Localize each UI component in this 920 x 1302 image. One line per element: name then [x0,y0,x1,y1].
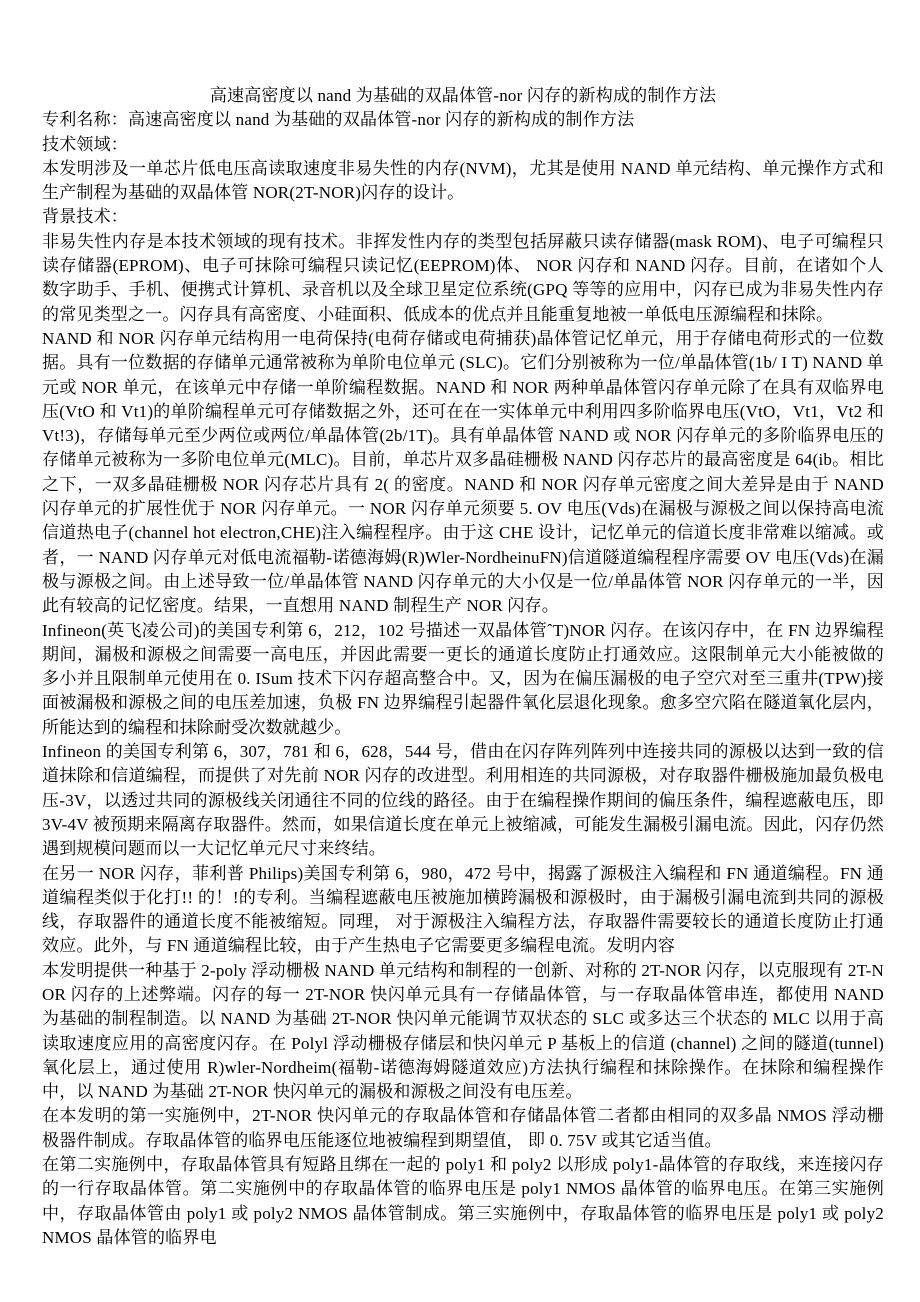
paragraph: 本发明涉及一单芯片低电压高读取速度非易失性的内存(NVM)，尤其是使用 NAND… [42,157,884,206]
patent-name-line: 专利名称：高速高密度以 nand 为基础的双晶体管-nor 闪存的新构成的制作方… [42,108,884,132]
paragraph: NAND 和 NOR 闪存单元结构用一电荷保持(电荷存储或电荷捕获)晶体管记忆单… [42,327,884,619]
paragraph: 本发明提供一种基于 2-poly 浮动栅极 NAND 单元结构和制程的一创新、对… [42,959,884,1105]
paragraph: 在另一 NOR 闪存，菲利普 Philips)美国专利第 6，980，472 号… [42,862,884,959]
paragraph: Infineon(英飞凌公司)的美国专利第 6，212，102 号描述一双晶体管… [42,619,884,740]
section-heading-background: 背景技术： [42,205,884,229]
document-body: 高速高密度以 nand 为基础的双晶体管-nor 闪存的新构成的制作方法 专利名… [42,84,884,1250]
document-title: 高速高密度以 nand 为基础的双晶体管-nor 闪存的新构成的制作方法 [42,84,884,108]
patent-document-page: 高速高密度以 nand 为基础的双晶体管-nor 闪存的新构成的制作方法 专利名… [0,0,920,1302]
paragraph: Infineon 的美国专利第 6，307，781 和 6，628，544 号，… [42,740,884,861]
section-heading-technical-field: 技术领域： [42,133,884,157]
paragraph: 非易失性内存是本技术领域的现有技术。非挥发性内存的类型包括屏蔽只读存储器(mas… [42,230,884,327]
paragraph: 在本发明的第一实施例中，2T-NOR 快闪单元的存取晶体管和存储晶体管二者都由相… [42,1104,884,1153]
paragraph: 在第二实施例中，存取晶体管具有短路且绑在一起的 poly1 和 poly2 以形… [42,1153,884,1250]
